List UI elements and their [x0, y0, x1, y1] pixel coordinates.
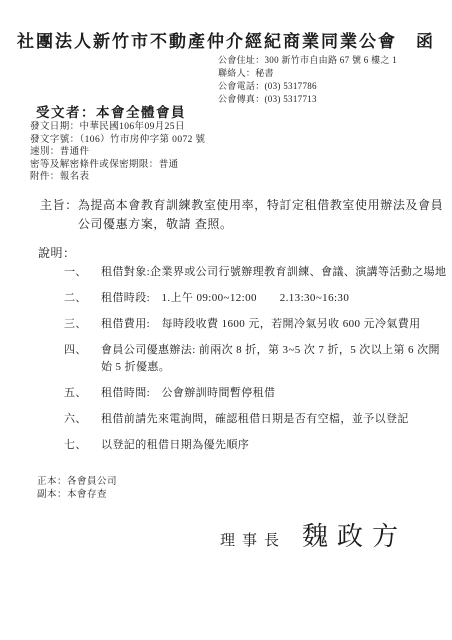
item-number: 七、 [64, 437, 101, 454]
item-text: 會員公司優惠辦法: 前兩次 8 折，第 3~5 次 7 折，5 次以上第 6 次… [101, 342, 450, 376]
original-copy-line: 正本：各會員公司 [37, 476, 117, 489]
item-number: 一、 [64, 264, 101, 281]
item-text: 租借時間: 公會辦訓時間暫停租借 [101, 385, 450, 402]
list-item: 六、 租借前請先來電詢問，確認租借日期是否有空檔，並予以登記 [64, 411, 450, 428]
association-phone: 公會電話：(03) 5317786 [218, 80, 397, 93]
item-text: 租借對象:企業界或公司行號辦理教育訓練、會議、演講等活動之場地 [101, 264, 450, 281]
chairman-name: 魏政方 [302, 516, 407, 553]
list-item: 一、 租借對象:企業界或公司行號辦理教育訓練、會議、演講等活動之場地 [64, 264, 450, 281]
association-contact-person: 聯絡人：秘書 [218, 67, 397, 80]
copies-block: 正本：各會員公司 副本：本會存查 [37, 476, 117, 502]
list-item: 四、 會員公司優惠辦法: 前兩次 8 折，第 3~5 次 7 折，5 次以上第 … [64, 342, 450, 376]
item-text: 租借時段: 1.上午 09:00~12:00 2.13:30~16:30 [101, 290, 450, 307]
item-text: 租借費用: 每時段收費 1600 元，若開冷氣另收 600 元冷氣費用 [101, 316, 450, 333]
association-address: 公會住址：300 新竹市自由路 67 號 6 樓之 1 [218, 54, 397, 67]
security-line: 密等及解密條件或保密期限：普通 [30, 159, 205, 172]
subject-text: 為提高本會教育訓練教室使用率，特訂定租借教室使用辦法及會員公司優惠方案，敬請 查… [78, 196, 450, 234]
list-item: 三、 租借費用: 每時段收費 1600 元，若開冷氣另收 600 元冷氣費用 [64, 316, 450, 333]
recipient-line: 受文者：本會全體會員 [36, 101, 186, 121]
item-number: 三、 [64, 316, 101, 333]
item-text: 租借前請先來電詢問，確認租借日期是否有空檔，並予以登記 [101, 411, 450, 428]
subject-label: 主旨： [40, 196, 78, 234]
chairman-title: 理事長 [220, 529, 286, 550]
explanation-label: 說明： [38, 244, 76, 261]
association-fax: 公會傳真：(03) 5317713 [218, 93, 397, 106]
explanation-items: 一、 租借對象:企業界或公司行號辦理教育訓練、會議、演講等活動之場地 二、 租借… [64, 264, 450, 463]
signature-block: 理事長 魏政方 [220, 516, 407, 553]
attachment-line: 附件：報名表 [30, 171, 205, 184]
duplicate-copy-line: 副本：本會存查 [37, 489, 117, 502]
item-text: 以登記的租借日期為優先順序 [101, 437, 450, 454]
official-letter-page: 社團法人新竹市不動產仲介經紀商業同業公會 函 公會住址：300 新竹市自由路 6… [0, 0, 452, 640]
issue-number-line: 發文字號：（106）竹市房仲字第 0072 號 [30, 134, 205, 147]
letter-meta-block: 發文日期：中華民國106年09月25日 發文字號：（106）竹市房仲字第 007… [30, 121, 205, 184]
list-item: 七、 以登記的租借日期為優先順序 [64, 437, 450, 454]
document-title: 社團法人新竹市不動產仲介經紀商業同業公會 函 [0, 27, 452, 52]
speed-line: 速別：普通件 [30, 146, 205, 159]
association-contact-block: 公會住址：300 新竹市自由路 67 號 6 樓之 1 聯絡人：秘書 公會電話：… [218, 54, 397, 106]
item-number: 六、 [64, 411, 101, 428]
subject-section: 主旨： 為提高本會教育訓練教室使用率，特訂定租借教室使用辦法及會員公司優惠方案，… [40, 196, 450, 234]
item-number: 四、 [64, 342, 101, 376]
list-item: 五、 租借時間: 公會辦訓時間暫停租借 [64, 385, 450, 402]
item-number: 五、 [64, 385, 101, 402]
list-item: 二、 租借時段: 1.上午 09:00~12:00 2.13:30~16:30 [64, 290, 450, 307]
item-number: 二、 [64, 290, 101, 307]
issue-date-line: 發文日期：中華民國106年09月25日 [30, 121, 205, 134]
